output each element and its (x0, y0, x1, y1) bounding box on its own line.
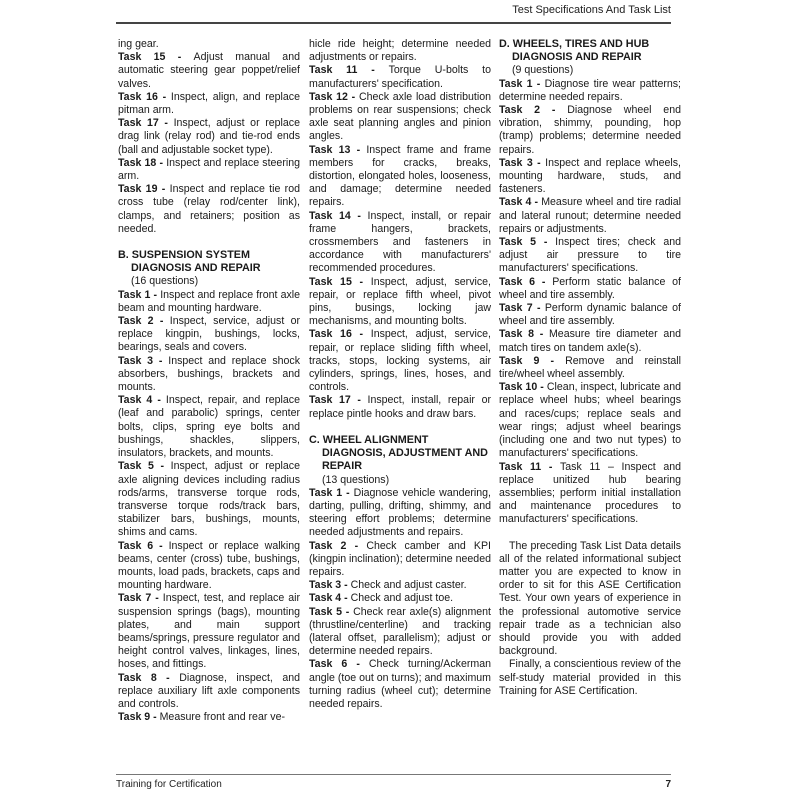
task-item: Task 1 - Diagnose vehicle wandering, dar… (309, 487, 491, 540)
continuation-text: ing gear. (118, 38, 300, 51)
task-item: Task 17 - Inspect, install, repair or re… (309, 394, 491, 420)
task-label: Task 9 - (499, 355, 565, 367)
task-label: Task 6 - (499, 276, 552, 288)
task-item: Task 18 - Inspect and replace steering a… (118, 157, 300, 183)
task-item: Task 2 - Check camber and KPI (kingpin i… (309, 540, 491, 580)
task-item: Task 9 - Remove and reinstall tire/wheel… (499, 355, 681, 381)
closing-paragraph: The preceding Task List Data details all… (499, 540, 681, 659)
header-rule (116, 22, 671, 24)
column-2: hicle ride height; determine needed adju… (309, 38, 491, 711)
task-label: Task 4 - (309, 592, 351, 604)
task-item: Task 5 - Inspect, adjust or replace axle… (118, 460, 300, 539)
task-label: Task 3 - (309, 579, 351, 591)
task-item: Task 16 - Inspect, adjust, service, repa… (309, 328, 491, 394)
task-label: Task 2 - (499, 104, 567, 116)
task-item: Task 9 - Measure front and rear ve- (118, 711, 300, 724)
column-3: D. WHEELS, TIRES AND HUB DIAGNOSIS AND R… (499, 38, 681, 698)
task-label: Task 15 - (309, 276, 371, 288)
task-item: Task 6 - Perform static balance of wheel… (499, 276, 681, 302)
task-label: Task 5 - (499, 236, 555, 248)
task-label: Task 15 - (118, 51, 194, 63)
task-label: Task 5 - (118, 460, 171, 472)
continuation-text: hicle ride height; determine needed adju… (309, 38, 491, 64)
task-label: Task 6 - (118, 540, 169, 552)
task-item: Task 13 - Inspect frame and frame member… (309, 144, 491, 210)
spacer (309, 421, 491, 434)
task-label: Task 2 - (309, 540, 366, 552)
task-item: Task 15 - Inspect, adjust, service, repa… (309, 276, 491, 329)
task-label: Task 2 - (118, 315, 170, 327)
task-item: Task 10 - Clean, inspect, lubricate and … (499, 381, 681, 460)
section-heading: B. SUSPENSION SYSTEM DIAGNOSIS AND REPAI… (118, 249, 300, 275)
task-item: Task 3 - Inspect and replace wheels, mou… (499, 157, 681, 197)
task-item: Task 14 - Inspect, install, or repair fr… (309, 210, 491, 276)
task-label: Task 7 - (118, 592, 163, 604)
task-label: Task 1 - (309, 487, 354, 499)
spacer (118, 236, 300, 249)
task-label: Task 4 - (118, 394, 166, 406)
task-label: Task 11 - (309, 64, 389, 76)
task-item: Task 11 - Task 11 – Inspect and replace … (499, 461, 681, 527)
task-label: Task 17 - (118, 117, 174, 129)
page-number: 7 (665, 779, 671, 790)
task-item: Task 7 - Perform dynamic balance of whee… (499, 302, 681, 328)
task-label: Task 16 - (309, 328, 371, 340)
task-label: Task 9 - (118, 711, 160, 723)
task-item: Task 8 - Measure tire diameter and match… (499, 328, 681, 354)
task-label: Task 17 - (309, 394, 368, 406)
task-item: Task 8 - Diagnose, inspect, and replace … (118, 672, 300, 712)
spacer (499, 527, 681, 540)
task-item: Task 1 - Inspect and replace front axle … (118, 289, 300, 315)
column-1: ing gear. Task 15 - Adjust manual and au… (118, 38, 300, 724)
task-label: Task 12 - (309, 91, 359, 103)
footer-rule (116, 774, 671, 775)
header-title: Test Specifications And Task List (512, 4, 671, 16)
task-item: Task 16 - Inspect, align, and replace pi… (118, 91, 300, 117)
task-label: Task 14 - (309, 210, 368, 222)
task-item: Task 7 - Inspect, test, and replace air … (118, 592, 300, 671)
task-label: Task 3 - (118, 355, 168, 367)
task-label: Task 19 - (118, 183, 170, 195)
task-item: Task 2 - Inspect, service, adjust or rep… (118, 315, 300, 355)
task-label: Task 8 - (499, 328, 549, 340)
task-label: Task 1 - (118, 289, 160, 301)
task-label: Task 11 - (499, 461, 560, 473)
question-count: (13 questions) (309, 474, 491, 487)
task-label: Task 6 - (309, 658, 369, 670)
task-item: Task 3 - Check and adjust caster. (309, 579, 491, 592)
task-label: Task 1 - (499, 78, 545, 90)
question-count: (9 questions) (499, 64, 681, 77)
task-item: Task 2 - Diagnose wheel end vibration, s… (499, 104, 681, 157)
task-item: Task 1 - Diagnose tire wear patterns; de… (499, 78, 681, 104)
task-item: Task 19 - Inspect and replace tie rod cr… (118, 183, 300, 236)
task-label: Task 3 - (499, 157, 545, 169)
task-item: Task 6 - Check turning/Ackerman angle (t… (309, 658, 491, 711)
task-item: Task 5 - Inspect tires; check and adjust… (499, 236, 681, 276)
task-label: Task 5 - (309, 606, 353, 618)
task-item: Task 5 - Check rear axle(s) alignment (t… (309, 606, 491, 659)
task-item: Task 4 - Measure wheel and tire radial a… (499, 196, 681, 236)
task-item: Task 3 - Inspect and replace shock absor… (118, 355, 300, 395)
task-label: Task 18 - (118, 157, 166, 169)
task-label: Task 8 - (118, 672, 179, 684)
task-text: Check and adjust toe. (351, 592, 453, 604)
task-item: Task 17 - Inspect, adjust or replace dra… (118, 117, 300, 157)
task-item: Task 15 - Adjust manual and automatic st… (118, 51, 300, 91)
task-item: Task 4 - Inspect, repair, and replace (l… (118, 394, 300, 460)
task-label: Task 7 - (499, 302, 545, 314)
task-label: Task 13 - (309, 144, 366, 156)
closing-paragraph: Finally, a conscientious review of the s… (499, 658, 681, 698)
task-item: Task 6 - Inspect or replace walking beam… (118, 540, 300, 593)
task-label: Task 16 - (118, 91, 171, 103)
task-label: Task 10 - (499, 381, 547, 393)
task-text: Measure front and rear ve- (160, 711, 285, 723)
task-label: Task 4 - (499, 196, 541, 208)
task-item: Task 4 - Check and adjust toe. (309, 592, 491, 605)
task-text: Check and adjust caster. (351, 579, 467, 591)
footer-publication-title: Training for Certification (116, 779, 222, 790)
question-count: (16 questions) (118, 275, 300, 288)
section-heading: D. WHEELS, TIRES AND HUB DIAGNOSIS AND R… (499, 38, 681, 64)
section-heading: C. WHEEL ALIGNMENT DIAGNOSIS, ADJUSTMENT… (309, 434, 491, 474)
task-item: Task 12 - Check axle load distribution p… (309, 91, 491, 144)
task-item: Task 11 - Torque U-bolts to manufacturer… (309, 64, 491, 90)
